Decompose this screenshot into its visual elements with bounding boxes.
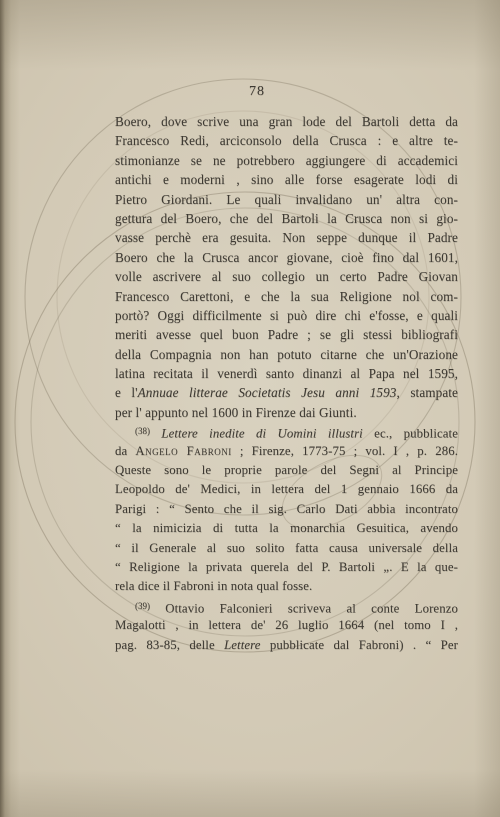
text-segment: Boero, dove scrive una gran lode del Bar… [115,114,458,129]
text-line: meriti avesse quel buon Padre ; se gli s… [115,325,458,344]
text-segment: pubblicate dal Fabroni) . “ Per [261,638,458,652]
text-line: Leopoldo de' Medici, in lettera del 1 ge… [115,480,458,499]
text-segment: gettura del Boero, che del Bartoli la Cr… [115,211,458,226]
text-line: Boero, dove scrive una gran lode del Bar… [115,112,458,131]
text-segment: per l' appunto nel 1600 in Firenze dai G… [115,405,357,420]
text-segment: latina recitata il venerdì santo dinanzi… [115,366,458,381]
text-line: (39) Ottavio Falconieri scriveva al cont… [115,597,458,616]
text-segment [150,427,161,441]
text-segment: Francesco Redi, arciconsolo della Crusca… [115,133,458,148]
text-segment: Leopoldo de' Medici, in lettera del 1 ge… [115,482,458,496]
text-segment: pag. 83-85, delle [115,638,224,652]
text-line: (38) Lettere inedite di Uomini illustri … [115,422,458,441]
text-segment: volle ascrivere al suo collegio un certo… [115,269,458,284]
scanned-book-page: 78 Boero, dove scrive una gran lode del … [0,0,500,817]
text-segment: Angelo Fabroni [135,444,231,458]
text-line: latina recitata il venerdì santo dinanzi… [115,364,458,383]
text-segment: “ la nimicizia di tutta la monarchia Ges… [115,521,458,535]
binding-edge-shadow [0,0,20,817]
text-segment: rela dice il Fabroni in nota qual fosse. [115,579,312,593]
text-segment: Magalotti , in lettera de' 26 luglio 166… [115,618,458,632]
text-segment: portò? Oggi difficilmente si può dire ch… [115,308,458,323]
text-line: Francesco Redi, arciconsolo della Crusca… [115,131,458,150]
text-segment: “ il Generale al suo solito fatta causa … [115,541,458,555]
text-line: stimonianze se ne potrebbero aggiungere … [115,151,458,170]
text-segment: Annuae litterae Societatis Jesu anni 159… [138,385,397,400]
text-line: pag. 83-85, delle Lettere pubblicate dal… [115,636,458,655]
text-line: portò? Oggi difficilmente si può dire ch… [115,306,458,325]
text-segment: antichi e moderni , sino alle forse esag… [115,172,458,187]
text-segment: (38) [135,426,150,436]
text-line: Boero che la Crusca ancor giovane, cioè … [115,248,458,267]
text-segment: e l' [115,385,138,400]
page-number: 78 [115,84,399,100]
page-right-edge-shading [474,0,500,817]
text-line: Francesco Carettoni, e che la sua Religi… [115,287,458,306]
text-segment: Parigi : “ Sento che il sig. Carlo Dati … [115,502,458,516]
text-line: della Compagnia non han potuto citarne c… [115,345,458,364]
text-line: Pietro Giordani. Le quali invalidano un'… [115,190,458,209]
text-segment: ; Firenze, 1773-75 ; vol. I , p. 286. [232,444,458,458]
text-segment: Francesco Carettoni, e che la sua Religi… [115,289,458,304]
text-segment: da [115,444,135,458]
text-line: rela dice il Fabroni in nota qual fosse. [115,577,458,596]
text-segment: “ Religione la privata querela del P. Ba… [115,560,458,574]
page-top-edge-shading [0,0,500,70]
text-line: da Angelo Fabroni ; Firenze, 1773-75 ; v… [115,442,458,461]
text-line: volle ascrivere al suo collegio un certo… [115,267,458,286]
text-line: vasse perchè era gesuita. Non seppe dunq… [115,228,458,247]
text-line: “ la nimicizia di tutta la monarchia Ges… [115,519,458,538]
text-segment: (39) [135,601,150,611]
text-segment: meriti avesse quel buon Padre ; se gli s… [115,327,458,342]
text-segment: vasse perchè era gesuita. Non seppe dunq… [115,230,458,245]
text-segment: della Compagnia non han potuto citarne c… [115,347,458,362]
text-segment: stimonianze se ne potrebbero aggiungere … [115,153,458,168]
text-segment: Lettere [224,638,260,652]
page-bottom-edge-shading [0,769,500,817]
text-line: e l'Annuae litterae Societatis Jesu anni… [115,383,458,402]
text-line: per l' appunto nel 1600 in Firenze dai G… [115,403,458,422]
text-line: gettura del Boero, che del Bartoli la Cr… [115,209,458,228]
text-line: “ il Generale al suo solito fatta causa … [115,539,458,558]
text-segment: Boero che la Crusca ancor giovane, cioè … [115,250,458,265]
text-segment: ec., pubblicate [363,427,458,441]
text-segment: Ottavio Falconieri scriveva al conte Lor… [150,601,458,615]
text-block: Boero, dove scrive una gran lode del Bar… [115,112,458,655]
text-line: Queste sono le proprie parole del Segni … [115,461,458,480]
text-line: “ Religione la privata querela del P. Ba… [115,558,458,577]
text-segment: Queste sono le proprie parole del Segni … [115,463,458,477]
text-segment: , stampate [396,385,458,400]
text-segment: Pietro Giordani. Le quali invalidano un'… [115,192,458,207]
text-line: Parigi : “ Sento che il sig. Carlo Dati … [115,500,458,519]
text-segment: Lettere inedite di Uomini illustri [161,427,362,441]
text-line: Magalotti , in lettera de' 26 luglio 166… [115,616,458,635]
text-line: antichi e moderni , sino alle forse esag… [115,170,458,189]
